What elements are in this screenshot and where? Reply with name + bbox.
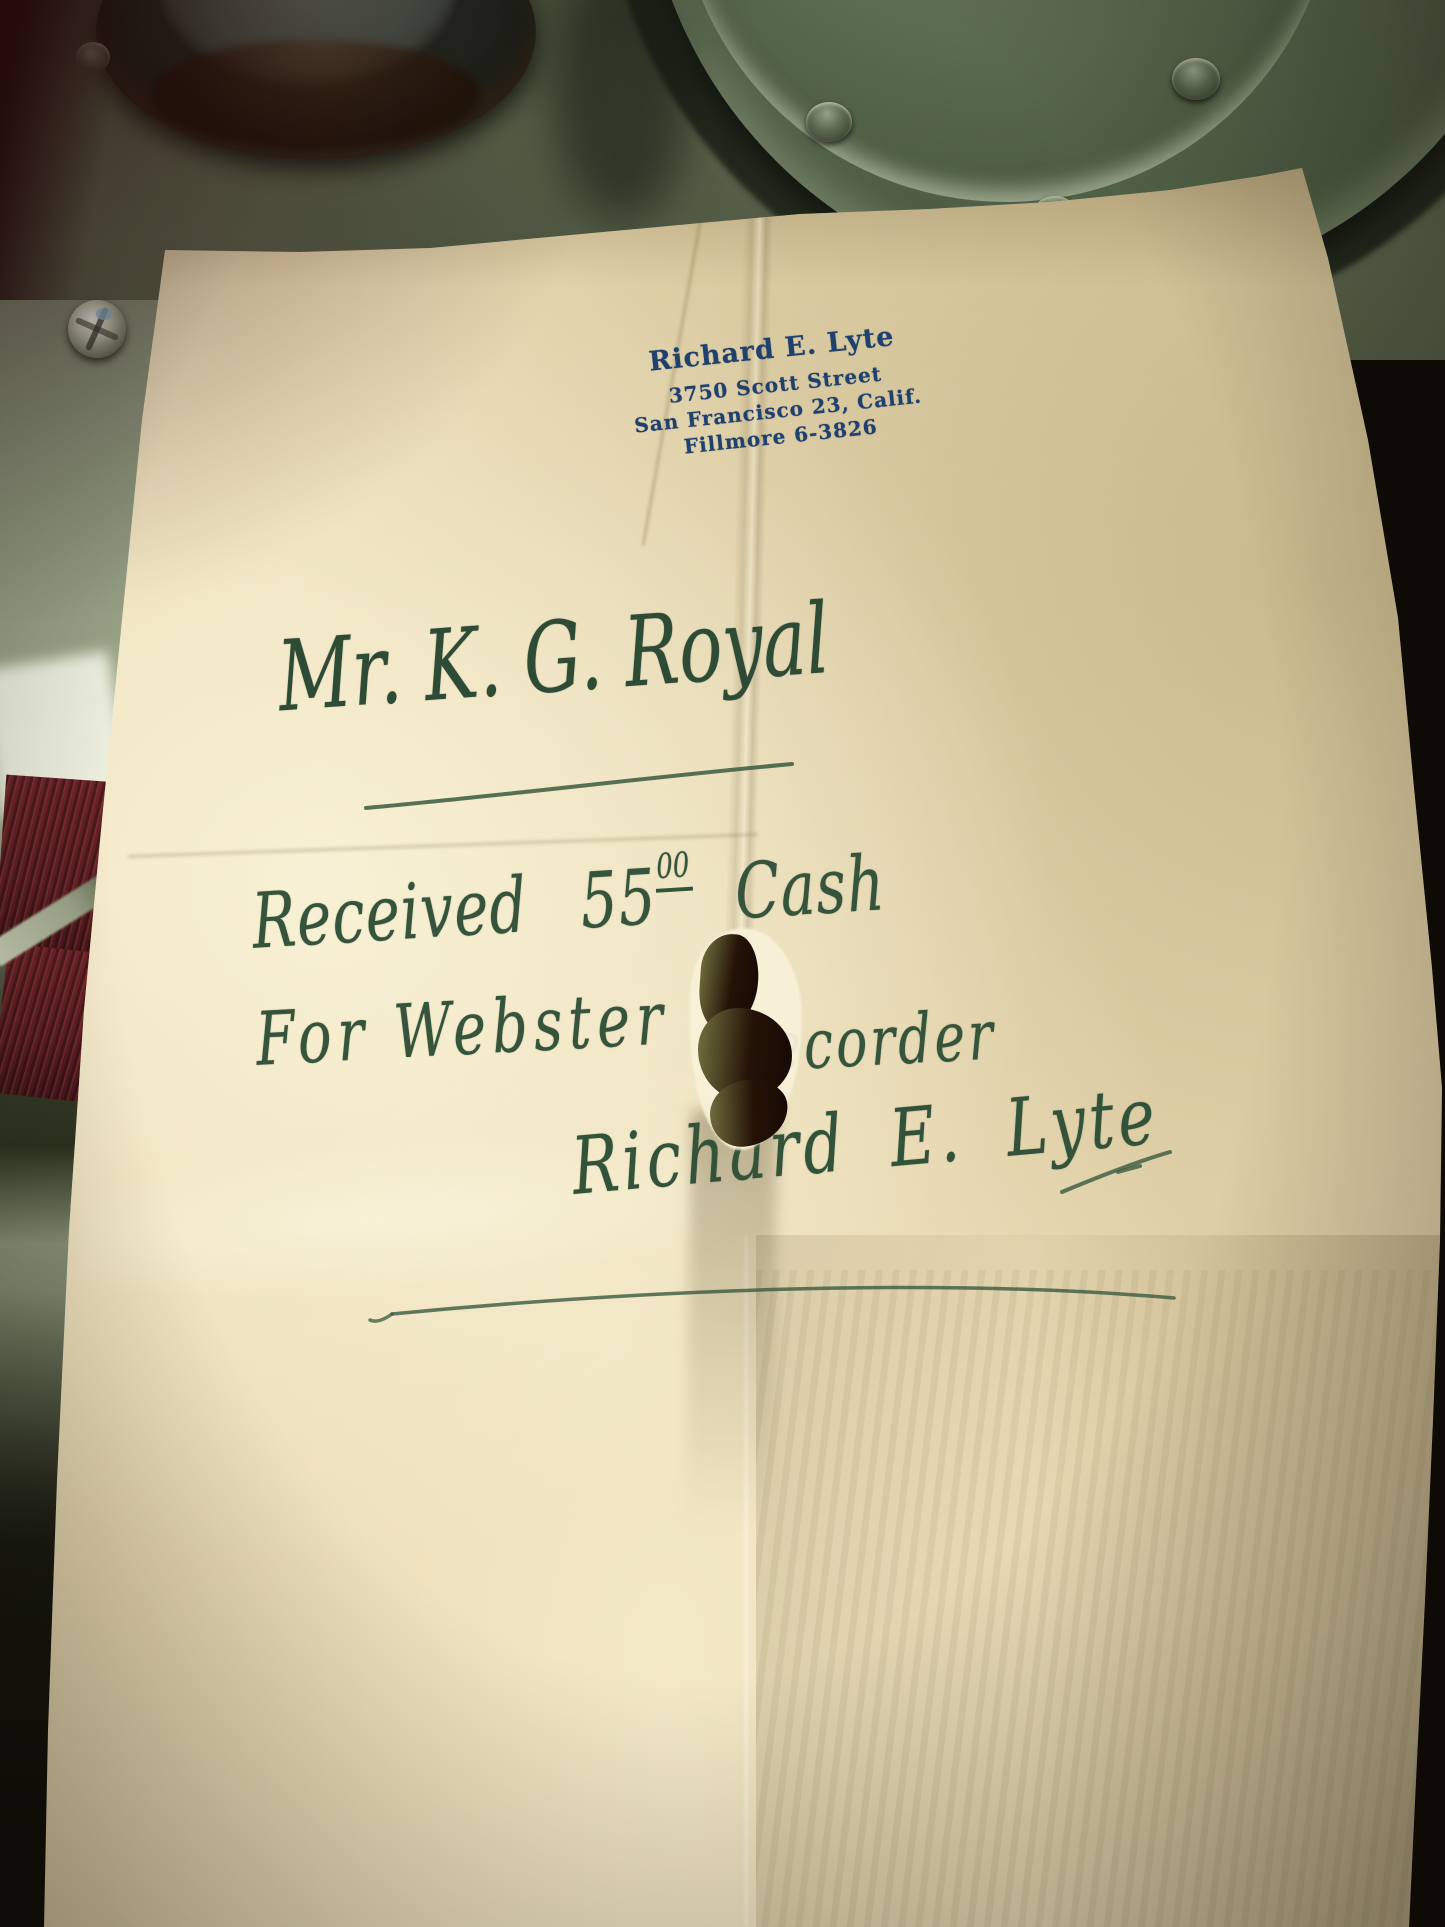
handwritten-received-line: Received 5500Cash (249, 834, 888, 966)
screw-glint (96, 308, 112, 320)
bottom-line-hook (370, 1314, 392, 1321)
photo-of-receipt-on-tape-recorder: Richard E. Lyte 3750 Scott Street San Fr… (0, 0, 1445, 1927)
handwritten-for-line: For Webster (254, 976, 671, 1083)
rivet-icon (806, 102, 852, 142)
received-amount-text: Received 55 (249, 852, 659, 966)
speaker-rim-shadow (150, 40, 480, 150)
amount-cents-superscript: 00 (653, 846, 693, 893)
paper-wrinkles (756, 1270, 1445, 1927)
fold-crease-vertical-upper (724, 208, 773, 949)
letterhead: Richard E. Lyte 3750 Scott Street San Fr… (599, 316, 953, 467)
screw-icon (68, 300, 126, 358)
cash-text: Cash (732, 838, 887, 937)
handwritten-signature: Richard E. Lyte (568, 1069, 1162, 1213)
signature-dash (1118, 1166, 1140, 1172)
rivet-icon (1172, 58, 1220, 100)
receipt-paper: Richard E. Lyte 3750 Scott Street San Fr… (0, 0, 1445, 1927)
